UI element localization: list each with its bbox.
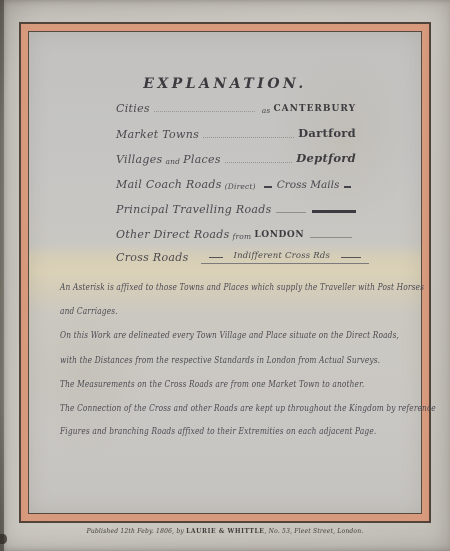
legend-label: Cross Roads xyxy=(116,251,189,264)
legend-example: Dartford xyxy=(298,127,356,141)
legend-row-cities: Cities as CANTERBURY xyxy=(116,102,356,115)
leader-line xyxy=(276,212,306,213)
road-symbol-line xyxy=(341,257,361,258)
note-line: and Carriages. xyxy=(60,306,118,317)
leader-line xyxy=(225,162,292,163)
road-symbol-thick-line xyxy=(312,210,356,213)
imprint-suffix: , No. 53, Fleet Street, London. xyxy=(264,528,363,535)
legend-conjunction: and xyxy=(165,157,180,166)
page-title: EXPLANATION. xyxy=(0,76,450,92)
legend-label: Villages xyxy=(116,153,162,166)
road-symbol-group: Indifferent Cross Rds xyxy=(201,251,370,264)
legend-row-other-direct-roads: Other Direct Roads from LONDON xyxy=(116,228,356,241)
legend-qualifier: from xyxy=(233,232,252,241)
legend-label: Principal Travelling Roads xyxy=(116,203,272,216)
legend-example: Deptford xyxy=(296,152,356,166)
ink-blemish xyxy=(0,534,7,544)
note-line: The Measurements on the Cross Roads are … xyxy=(60,379,365,390)
legend-label2: Places xyxy=(183,153,221,166)
publisher-imprint: Published 12th Feby. 1806, by LAURIE & W… xyxy=(0,528,450,535)
note-line: On this Work are delineated every Town V… xyxy=(60,330,399,341)
legend-label: Mail Coach Roads xyxy=(116,178,222,191)
legend-row-villages: Villages and Places Deptford xyxy=(116,152,356,166)
legend-label: Other Direct Roads xyxy=(116,228,230,241)
note-line: with the Distances from the respective S… xyxy=(60,355,380,366)
atlas-explanation-page: EXPLANATION. Cities as CANTERBURY Market… xyxy=(0,0,450,551)
note-line: Figures and branching Roads affixed to t… xyxy=(60,426,376,437)
legend-qualifier: as xyxy=(262,106,271,115)
scan-edge-shadow xyxy=(0,0,4,551)
leader-line xyxy=(203,137,294,138)
legend-example: Indifferent Cross Rds xyxy=(234,251,331,261)
legend-row-market-towns: Market Towns Dartford xyxy=(116,127,356,141)
note-line: The Connection of the Cross and other Ro… xyxy=(60,403,436,414)
legend-qualifier: (Direct) xyxy=(225,182,256,191)
legend-row-principal-roads: Principal Travelling Roads xyxy=(116,203,356,216)
imprint-publisher: LAURIE & WHITTLE xyxy=(186,528,264,535)
legend-label: Cities xyxy=(116,102,150,115)
road-symbol-line xyxy=(209,257,223,258)
legend-place: LONDON xyxy=(254,230,304,241)
leader-line xyxy=(154,111,255,112)
page-content: EXPLANATION. Cities as CANTERBURY Market… xyxy=(0,0,450,551)
legend-row-cross-roads: Cross Roads Indifferent Cross Rds xyxy=(116,251,356,264)
legend-label: Market Towns xyxy=(116,128,199,141)
leader-line xyxy=(310,237,352,238)
legend-row-mail-coach-roads: Mail Coach Roads (Direct) Cross Mails xyxy=(116,178,356,191)
note-line: An Asterisk is affixed to those Towns an… xyxy=(60,282,424,293)
road-symbol-line xyxy=(344,186,351,188)
imprint-prefix: Published 12th Feby. 1806, by xyxy=(87,528,187,535)
legend-example: CANTERBURY xyxy=(274,104,357,115)
legend-example: Cross Mails xyxy=(277,179,340,192)
road-symbol-line xyxy=(264,186,272,188)
